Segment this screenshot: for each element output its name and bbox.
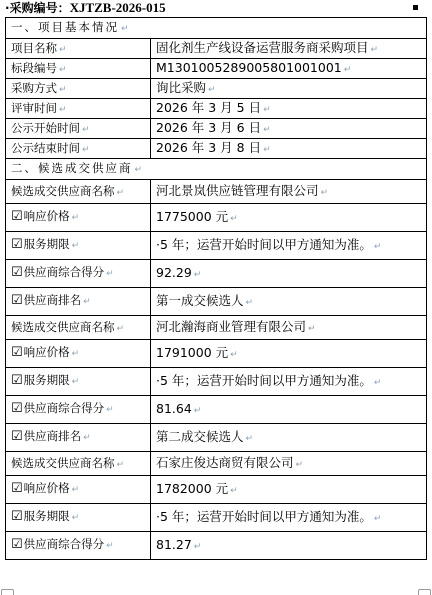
checked-checkbox-icon: ☑ [11,373,23,388]
cell-end-mark: ↵ [121,24,131,34]
table-row-check: ☑供应商排名↵第一成交候选人↵↵ [6,288,427,316]
checked-checkbox-icon: ☑ [11,429,23,444]
row-value-cell: 固化剂生产线设备运营服务商采购项目↵↵ [151,39,427,59]
section-header-cell: 一、项目基本情况↵↵ [6,18,427,39]
cell-end-mark: ↵ [344,65,352,75]
table-row-check: ☑供应商综合得分↵81.27↵↵ [6,532,427,560]
row-value: 第一成交候选人 [156,293,244,308]
row-label: 公示开始时间 [11,121,80,135]
row-label-cell: 候选成交供应商名称↵ [6,180,151,204]
row-value-cell: 第一成交候选人↵↵ [151,288,427,316]
cell-end-mark: ↵ [374,514,382,524]
row-label-cell: 标段编号↵ [6,59,151,79]
row-label: 供应商综合得分 [24,401,105,415]
row-label: 供应商排名 [24,429,82,443]
row-label: 项目名称 [11,41,57,55]
checked-checkbox-icon: ☑ [11,345,23,360]
row-value-cell: 2026 年 3 月 6 日↵↵ [151,119,427,139]
row-label: 采购方式 [11,81,57,95]
cell-end-mark: ↵ [72,349,80,359]
table-row-check: ☑服务期限↵·5 年；运营开始时间以甲方通知为准。↵↵ [6,504,427,532]
row-label: 供应商排名 [24,293,82,307]
row-label: 服务期限 [24,373,70,387]
row-label-cell: ☑服务期限↵ [6,368,151,396]
row-label-cell: ☑供应商排名↵ [6,424,151,452]
row-label-cell: 评审时间↵ [6,99,151,119]
row-label-cell: 公示结束时间↵ [6,139,151,159]
cell-end-mark: ↵ [59,85,67,95]
section-header-cell: 二、候选成交供应商↵↵ [6,159,427,180]
row-value-cell: ·5 年；运营开始时间以甲方通知为准。↵↵ [151,232,427,260]
row-label: 标段编号 [11,61,57,75]
table-row-name: 候选成交供应商名称↵河北瀚海商业管理有限公司↵↵ [6,316,427,340]
row-value: ·5 年；运营开始时间以甲方通知为准。 [156,373,372,388]
row-label-cell: 采购方式↵ [6,79,151,99]
table-row-check: ☑响应价格↵1791000 元↵↵ [6,340,427,368]
row-value-cell: 河北景岚供应链管理有限公司↵↵ [151,180,427,204]
table-corner-handle-right [418,589,431,595]
row-label-cell: ☑供应商排名↵ [6,288,151,316]
cell-end-mark: ↵ [106,405,114,415]
table-row-name: 候选成交供应商名称↵河北景岚供应链管理有限公司↵↵ [6,180,427,204]
cell-end-mark: ↵ [374,378,382,388]
row-label: 响应价格 [24,481,70,495]
row-value: 询比采购 [156,80,206,95]
row-value-cell: M1301005289005801001001↵↵ [151,59,427,79]
table-row-section: 二、候选成交供应商↵↵ [6,159,427,180]
row-value-cell: 第二成交候选人↵↵ [151,424,427,452]
row-value-cell: 81.27↵↵ [151,532,427,560]
row-value: 92.29 [156,265,192,280]
cell-end-mark: ↵ [296,460,304,470]
section-header-label: 二、候选成交供应商 [11,161,133,175]
table-row-info: 公示结束时间↵2026 年 3 月 8 日↵↵ [6,139,427,159]
table-row-check: ☑供应商排名↵第二成交候选人↵↵ [6,424,427,452]
cell-end-mark: ↵ [263,105,271,115]
row-value-cell: 2026 年 3 月 8 日↵↵ [151,139,427,159]
row-value-cell: 河北瀚海商业管理有限公司↵↵ [151,316,427,340]
table-row-check: ☑服务期限↵·5 年；运营开始时间以甲方通知为准。↵↵ [6,232,427,260]
row-value: 1791000 元 [156,345,228,360]
cell-end-mark: ↵ [194,542,202,552]
table-row-name: 候选成交供应商名称↵石家庄俊达商贸有限公司↵↵ [6,452,427,476]
cell-end-mark: ↵ [83,433,91,443]
checked-checkbox-icon: ☑ [11,237,23,252]
cell-end-mark: ↵ [106,269,114,279]
row-label-cell: 候选成交供应商名称↵ [6,316,151,340]
row-label-cell: ☑服务期限↵ [6,232,151,260]
row-label-cell: ☑响应价格↵ [6,204,151,232]
row-value-cell: 1775000 元↵↵ [151,204,427,232]
row-value-cell: ·5 年；运营开始时间以甲方通知为准。↵↵ [151,368,427,396]
cell-end-mark: ↵ [59,45,67,55]
checked-checkbox-icon: ☑ [11,509,23,524]
row-value: 石家庄俊达商贸有限公司 [156,455,294,470]
row-label-cell: 公示开始时间↵ [6,119,151,139]
cell-end-mark: ↵ [308,324,316,334]
row-value: ·5 年；运营开始时间以甲方通知为准。 [156,509,372,524]
cell-end-mark: ↵ [83,297,91,307]
row-label: 候选成交供应商名称 [11,320,115,334]
row-value-cell: 询比采购↵↵ [151,79,427,99]
cell-end-mark: ↵ [263,125,271,135]
cell-end-mark: ↵ [246,434,254,444]
row-value: 1775000 元 [156,209,228,224]
cell-end-mark: ↵ [72,241,80,251]
black-square-format-mark [413,5,418,10]
cell-end-mark: ↵ [59,105,67,115]
row-value: 固化剂生产线设备运营服务商采购项目 [156,40,369,55]
cell-end-mark: ↵ [263,145,271,155]
cell-end-mark: ↵ [230,486,238,496]
row-label: 响应价格 [24,209,70,223]
table-row-section: 一、项目基本情况↵↵ [6,18,427,39]
cell-end-mark: ↵ [72,513,80,523]
cell-end-mark: ↵ [117,460,125,470]
doc-table-body: 一、项目基本情况↵↵项目名称↵固化剂生产线设备运营服务商采购项目↵↵标段编号↵M… [6,18,427,560]
checked-checkbox-icon: ☑ [11,209,23,224]
table-row-check: ☑响应价格↵1775000 元↵↵ [6,204,427,232]
checked-checkbox-icon: ☑ [11,293,23,308]
cell-end-mark: ↵ [135,165,145,175]
row-label-cell: ☑响应价格↵ [6,476,151,504]
row-value: M1301005289005801001001 [156,60,342,75]
checked-checkbox-icon: ☑ [11,265,23,280]
table-row-info: 评审时间↵2026 年 3 月 5 日↵↵ [6,99,427,119]
row-label: 供应商综合得分 [24,265,105,279]
cell-end-mark: ↵ [371,45,379,55]
row-label-cell: ☑响应价格↵ [6,340,151,368]
cell-end-mark: ↵ [72,377,80,387]
row-label: 候选成交供应商名称 [11,184,115,198]
cell-end-mark: ↵ [194,270,202,280]
cell-end-mark: ↵ [59,65,67,75]
procurement-number-value: XJTZB-2026-015 [70,0,166,15]
row-value: 河北景岚供应链管理有限公司 [156,183,319,198]
row-label-cell: ☑供应商综合得分↵ [6,260,151,288]
cell-end-mark: ↵ [194,406,202,416]
cell-end-mark: ↵ [82,145,90,155]
row-value: 2026 年 3 月 8 日 [156,140,261,155]
cell-end-mark: ↵ [374,242,382,252]
table-row-info: 项目名称↵固化剂生产线设备运营服务商采购项目↵↵ [6,39,427,59]
checked-checkbox-icon: ☑ [11,537,23,552]
row-label: 候选成交供应商名称 [11,456,115,470]
table-row-info: 公示开始时间↵2026 年 3 月 6 日↵↵ [6,119,427,139]
row-value: 第二成交候选人 [156,429,244,444]
row-value: 1782000 元 [156,481,228,496]
row-label: 公示结束时间 [11,141,80,155]
row-label-cell: ☑供应商综合得分↵ [6,396,151,424]
cell-end-mark: ↵ [230,214,238,224]
table-row-check: ☑服务期限↵·5 年；运营开始时间以甲方通知为准。↵↵ [6,368,427,396]
procurement-number-label: 采购编号： [10,1,70,15]
row-value-cell: 81.64↵↵ [151,396,427,424]
row-label-cell: ☑服务期限↵ [6,504,151,532]
row-value: 2026 年 3 月 5 日 [156,100,261,115]
cell-end-mark: ↵ [72,485,80,495]
row-value-cell: 92.29↵↵ [151,260,427,288]
row-value-cell: 1791000 元↵↵ [151,340,427,368]
cell-end-mark: ↵ [208,85,216,95]
cell-end-mark: ↵ [321,188,329,198]
row-value: 81.64 [156,401,192,416]
row-label: 供应商综合得分 [24,537,105,551]
row-value-cell: 1782000 元↵↵ [151,476,427,504]
row-value-cell: ·5 年；运营开始时间以甲方通知为准。↵↵ [151,504,427,532]
document-page: ·采购编号：XJTZB-2026-015 一、项目基本情况↵↵项目名称↵固化剂生… [0,0,432,595]
table-corner-handle-left [1,589,14,595]
row-value: 2026 年 3 月 6 日 [156,120,261,135]
row-label: 响应价格 [24,345,70,359]
procurement-number-title: ·采购编号：XJTZB-2026-015 [5,0,166,16]
table-row-check: ☑响应价格↵1782000 元↵↵ [6,476,427,504]
cell-end-mark: ↵ [72,213,80,223]
row-value-cell: 2026 年 3 月 5 日↵↵ [151,99,427,119]
cell-end-mark: ↵ [246,298,254,308]
cell-end-mark: ↵ [82,125,90,135]
row-label: 评审时间 [11,101,57,115]
row-value: 81.27 [156,537,192,552]
cell-end-mark: ↵ [117,188,125,198]
row-label-cell: ☑供应商综合得分↵ [6,532,151,560]
row-value: 河北瀚海商业管理有限公司 [156,319,306,334]
table-row-info: 采购方式↵询比采购↵↵ [6,79,427,99]
row-value-cell: 石家庄俊达商贸有限公司↵↵ [151,452,427,476]
row-label-cell: 项目名称↵ [6,39,151,59]
row-label-cell: 候选成交供应商名称↵ [6,452,151,476]
row-value: ·5 年；运营开始时间以甲方通知为准。 [156,237,372,252]
row-label: 服务期限 [24,509,70,523]
row-label: 服务期限 [24,237,70,251]
table-row-info: 标段编号↵M1301005289005801001001↵↵ [6,59,427,79]
table-row-check: ☑供应商综合得分↵92.29↵↵ [6,260,427,288]
table-row-check: ☑供应商综合得分↵81.64↵↵ [6,396,427,424]
cell-end-mark: ↵ [106,541,114,551]
cell-end-mark: ↵ [117,324,125,334]
checked-checkbox-icon: ☑ [11,401,23,416]
section-header-label: 一、项目基本情况 [11,20,119,34]
checked-checkbox-icon: ☑ [11,481,23,496]
doc-table: 一、项目基本情况↵↵项目名称↵固化剂生产线设备运营服务商采购项目↵↵标段编号↵M… [5,17,427,560]
cell-end-mark: ↵ [230,350,238,360]
